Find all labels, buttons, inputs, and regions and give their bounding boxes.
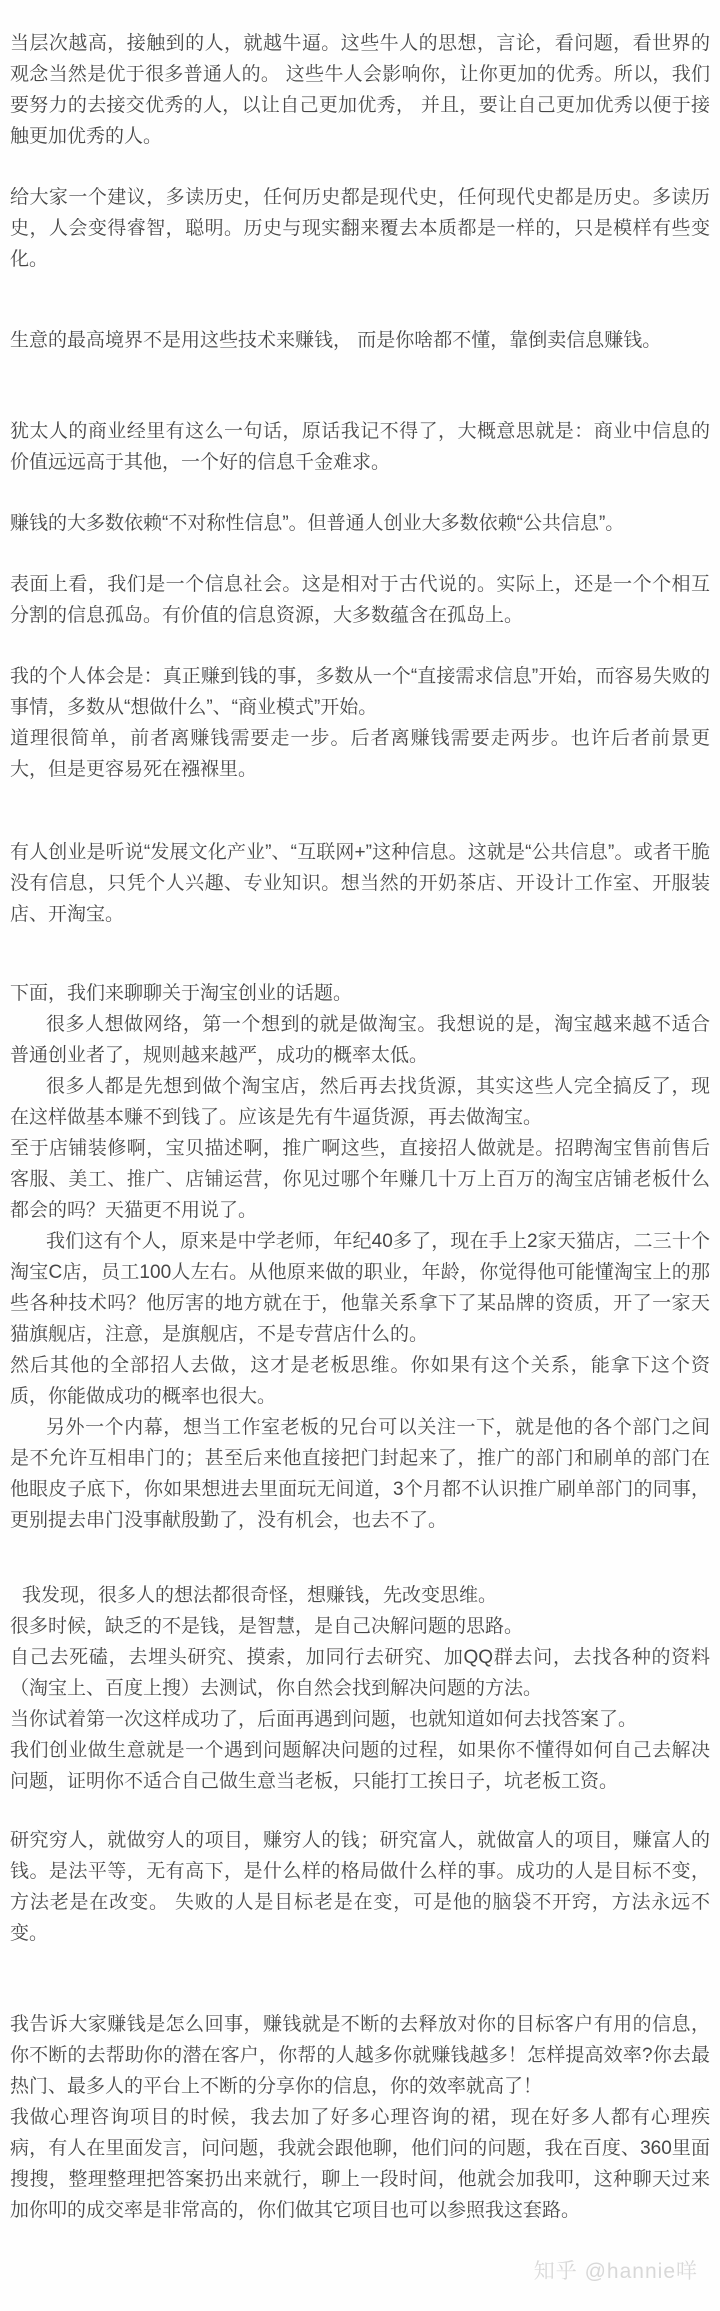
paragraph: 我的个人体会是：真正赚到钱的事，多数从一个“直接需求信息”开始，而容易失败的事情… — [10, 661, 710, 723]
paragraph: 表面上看，我们是一个信息社会。这是相对于古代说的。实际上，还是一个个相互分割的信… — [10, 569, 710, 631]
paragraph: 我做心理咨询项目的时候，我去加了好多心理咨询的裙，现在好多人都有心理疾病，有人在… — [10, 2102, 710, 2226]
paragraph: 下面，我们来聊聊关于淘宝创业的话题。 — [10, 978, 710, 1009]
paragraph: 另外一个内幕，想当工作室老板的兄台可以关注一下，就是他的各个部门之间是不允许互相… — [10, 1412, 710, 1536]
paragraph: 当你试着第一次这样成功了，后面再遇到问题，也就知道如何去找答案了。 — [10, 1704, 710, 1735]
paragraph: 给大家一个建议，多读历史，任何历史都是现代史，任何现代史都是历史。多读历史，人会… — [10, 182, 710, 275]
paragraph: 很多时候，缺乏的不是钱，是智慧，是自己决解问题的思路。 — [10, 1611, 710, 1642]
article-body: 当层次越高，接触到的人，就越牛逼。这些牛人的思想，言论，看问题，看世界的观念当然… — [0, 0, 720, 2311]
paragraph: 我们创业做生意就是一个遇到问题解决问题的过程，如果你不懂得如何自己去解决问题，证… — [10, 1735, 710, 1797]
paragraph: 研究穷人，就做穷人的项目，赚穷人的钱；研究富人，就做富人的项目，赚富人的钱。是法… — [10, 1825, 710, 1949]
paragraph: 很多人都是先想到做个淘宝店，然后再去找货源，其实这些人完全搞反了，现在这样做基本… — [10, 1071, 710, 1133]
paragraph: 至于店铺装修啊，宝贝描述啊，推广啊这些，直接招人做就是。招聘淘宝售前售后客服、美… — [10, 1133, 710, 1226]
paragraph: 道理很简单，前者离赚钱需要走一步。后者离赚钱需要走两步。也许后者前景更大，但是更… — [10, 723, 710, 785]
paragraph: 然后其他的全部招人去做，这才是老板思维。你如果有这个关系，能拿下这个资质，你能做… — [10, 1350, 710, 1412]
paragraph: 有人创业是听说“发展文化产业”、“互联网+”这种信息。这就是“公共信息”。或者干… — [10, 837, 710, 930]
paragraph: 我告诉大家赚钱是怎么回事，赚钱就是不断的去释放对你的目标客户有用的信息，你不断的… — [10, 2009, 710, 2102]
paragraph: 赚钱的大多数依赖“不对称性信息”。但普通人创业大多数依赖“公共信息”。 — [10, 508, 710, 539]
zhihu-watermark: 知乎 @hannie咩 — [10, 2256, 710, 2287]
paragraph: 我们这有个人，原来是中学老师，年纪40多了，现在手上2家天猫店，二三十个淘宝C店… — [10, 1226, 710, 1350]
paragraph: 很多人想做网络，第一个想到的就是做淘宝。我想说的是，淘宝越来越不适合普通创业者了… — [10, 1009, 710, 1071]
paragraph: 自己去死磕，去埋头研究、摸索，加同行去研究、加QQ群去问，去找各种的资料（淘宝上… — [10, 1642, 710, 1704]
paragraph: 我发现，很多人的想法都很奇怪，想赚钱，先改变思维。 — [10, 1580, 710, 1611]
paragraph: 犹太人的商业经里有这么一句话，原话我记不得了，大概意思就是：商业中信息的价值远远… — [10, 416, 710, 478]
paragraph: 当层次越高，接触到的人，就越牛逼。这些牛人的思想，言论，看问题，看世界的观念当然… — [10, 28, 710, 152]
paragraph: 生意的最高境界不是用这些技术来赚钱， 而是你啥都不懂，靠倒卖信息赚钱。 — [10, 325, 710, 356]
